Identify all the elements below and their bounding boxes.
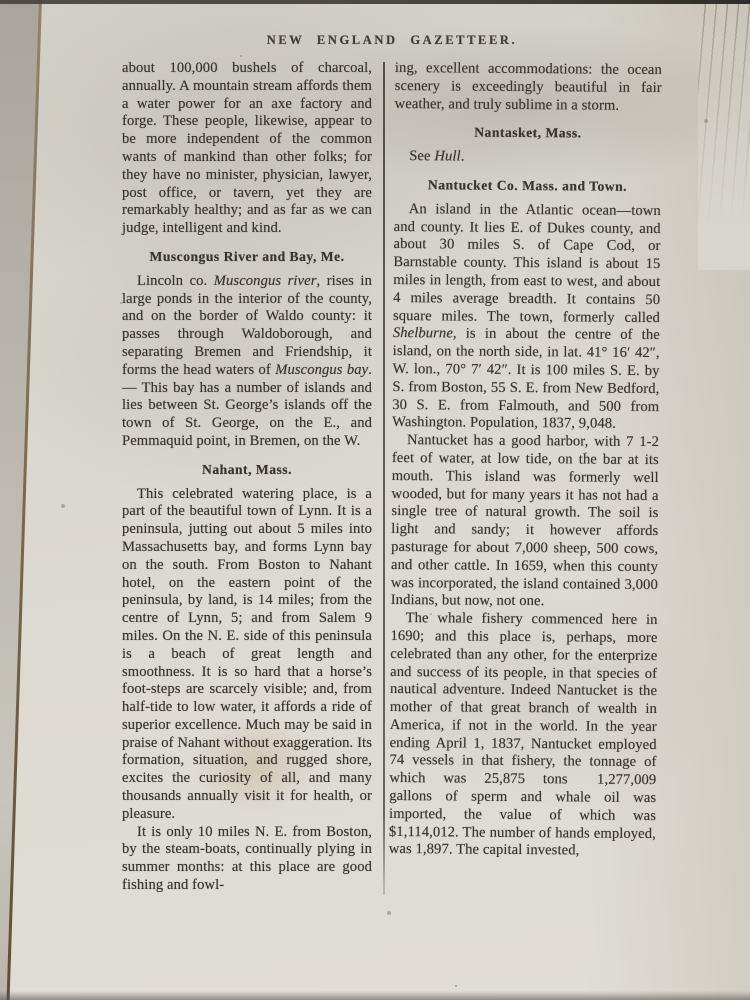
stacked-page-edges <box>698 0 750 270</box>
text-run-italic: Shelburne <box>393 325 453 341</box>
paragraph: An island in the Atlantic ocean—town and… <box>392 201 661 434</box>
text-run: about 100,000 bushels of charcoal, annua… <box>122 60 372 236</box>
text-run: Nantucket has a good harbor, with 7 1-2 … <box>391 432 659 609</box>
paragraph: Nantucket has a good harbor, with 7 1-2 … <box>391 432 659 612</box>
text-run: , is in about the centre of the island, … <box>392 326 660 432</box>
paragraph: It is only 10 miles N. E. from Boston, b… <box>122 824 372 895</box>
text-run: ing, excellent accommodations: the ocean… <box>395 60 662 113</box>
page-content: NEW ENGLAND GAZETTEER. about 100,000 bus… <box>122 33 662 895</box>
text-run-italic: Muscongus bay <box>275 362 368 378</box>
text-columns: about 100,000 bushels of charcoal, annua… <box>122 60 662 895</box>
paragraph: about 100,000 bushels of charcoal, annua… <box>122 60 372 238</box>
entry-heading: Nantasket, Mass. <box>394 123 661 143</box>
text-run: . <box>461 149 465 165</box>
book-bottom-edge <box>0 991 750 1000</box>
left-column: about 100,000 bushels of charcoal, annua… <box>122 60 372 895</box>
text-run: This celebrated watering place, is a par… <box>122 486 372 822</box>
running-header: NEW ENGLAND GAZETTEER. <box>122 33 662 48</box>
right-column: ing, excellent accommodations: the ocean… <box>388 60 662 897</box>
book-page: NEW ENGLAND GAZETTEER. about 100,000 bus… <box>0 0 750 1000</box>
column-divider <box>383 62 385 895</box>
text-run: See <box>409 148 434 164</box>
text-run: An island in the Atlantic ocean—town and… <box>393 201 661 326</box>
paragraph: Lincoln co. Muscongus river, rises in la… <box>122 273 372 451</box>
paragraph: This celebrated watering place, is a par… <box>122 486 372 824</box>
book-photo: NEW ENGLAND GAZETTEER. about 100,000 bus… <box>0 0 750 1000</box>
paragraph: See Hull. <box>394 148 661 168</box>
book-top-edge <box>0 0 750 4</box>
text-run-italic: Muscongus river <box>214 273 317 289</box>
text-run: Lincoln co. <box>137 273 214 289</box>
text-run: The whale fishery commenced here in 1690… <box>389 610 658 859</box>
entry-heading: Muscongus River and Bay, Me. <box>122 248 372 266</box>
text-run-italic: Hull <box>434 148 460 164</box>
entry-heading: Nahant, Mass. <box>122 461 372 479</box>
paragraph: ing, excellent accommodations: the ocean… <box>395 60 662 115</box>
paragraph: The whale fishery commenced here in 1690… <box>389 610 658 861</box>
entry-heading: Nantucket Co. Mass. and Town. <box>394 176 661 196</box>
text-run: It is only 10 miles N. E. from Boston, b… <box>122 824 372 893</box>
